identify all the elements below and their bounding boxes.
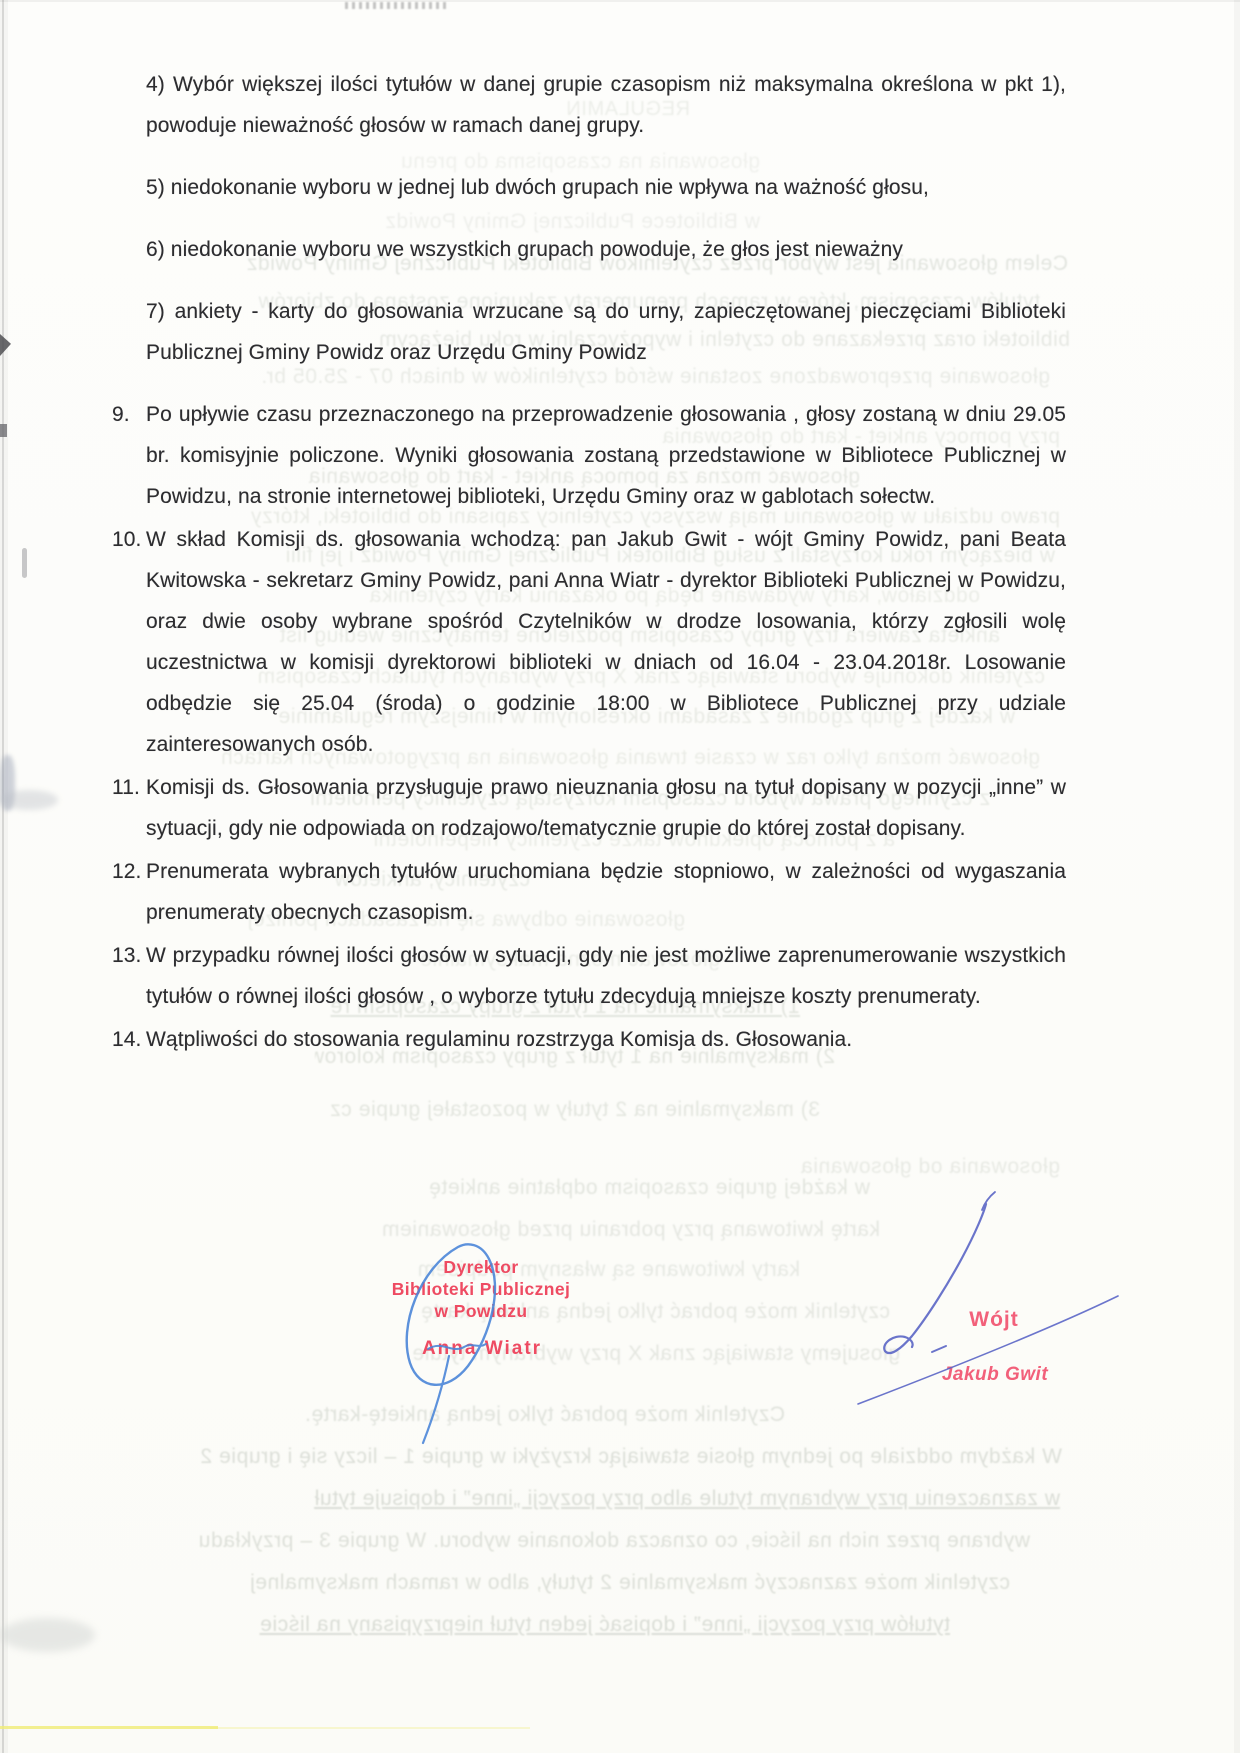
item-text: 6) niedokonanie wyboru we wszystkich gru… — [146, 229, 1066, 270]
item-text: Wątpliwości do stosowania regulaminu roz… — [146, 1019, 1066, 1060]
scan-smudge-bottom — [0, 1618, 95, 1652]
bleedthrough-line: czytelnik może zaznaczyć maksymalnie 2 t… — [170, 1571, 1010, 1595]
scan-yellow-line-fade — [210, 1727, 530, 1729]
mayor-stamp-title: Wójt — [952, 1308, 1036, 1332]
item-marker: 13. — [108, 935, 146, 1017]
bleedthrough-line: W każdym oddziale po jednym głosie stawi… — [112, 1445, 1062, 1469]
regulation-item-5: 5) niedokonanie wyboru w jednej lub dwóc… — [108, 167, 1066, 208]
regulation-item-4: 4) Wybór większej ilości tytułów w danej… — [108, 64, 1066, 146]
bleedthrough-line: głosowania od głosowania — [620, 1155, 1060, 1179]
item-text: W przypadku równej ilości głosów w sytua… — [146, 935, 1066, 1017]
regulation-item-12: 12.Prenumerata wybranych tytułów uruchom… — [108, 851, 1066, 933]
director-stamp-name: Anna Wiatr — [398, 1338, 566, 1360]
item-text: Po upływie czasu przeznaczonego na przep… — [146, 394, 1066, 517]
item-text: Komisji ds. Głosowania przysługuje prawo… — [146, 767, 1066, 849]
regulation-item-14: 14.Wątpliwości do stosowania regulaminu … — [108, 1019, 1066, 1060]
bleedthrough-line: tytułów przy pozycji „inne” i dopisać je… — [250, 1613, 950, 1637]
item-marker: 12. — [108, 851, 146, 933]
bleedthrough-line: głosujemy stawiając znak X przy wybranym… — [280, 1342, 900, 1366]
scan-edge-left-line — [2, 0, 4, 1753]
scan-yellow-line — [0, 1726, 218, 1729]
director-stamp: Dyrektor Biblioteki Publicznej w Powidzu — [383, 1256, 579, 1322]
regulation-item-13: 13.W przypadku równej ilości głosów w sy… — [108, 935, 1066, 1017]
regulation-item-9: 9.Po upływie czasu przeznaczonego na prz… — [108, 394, 1066, 517]
scan-edge-top — [0, 0, 1240, 2]
item-marker: 11. — [108, 767, 146, 849]
scan-mark-notch — [0, 424, 7, 437]
bleedthrough-line: w każdej grupie czasopism odpłatnie anki… — [300, 1176, 870, 1200]
mayor-signature-dash — [932, 1346, 946, 1352]
regulation-item-6: 6) niedokonanie wyboru we wszystkich gru… — [108, 229, 1066, 270]
regulation-item-10: 10.W skład Komisji ds. głosowania wchodz… — [108, 519, 1066, 765]
director-stamp-line: w Powidzu — [383, 1300, 579, 1322]
mayor-stamp-name: Jakub Gwit — [920, 1364, 1070, 1386]
scan-top-dots — [345, 2, 447, 9]
scan-edge-right — [1234, 0, 1240, 1753]
item-text: Prenumerata wybranych tytułów uruchomian… — [146, 851, 1066, 933]
bleedthrough-line: w zaznaczeniu przy wybranym tytule albo … — [140, 1487, 1060, 1511]
director-signature-tail — [423, 1356, 449, 1443]
bleedthrough-line: 3) maksymalnie na 2 tytuły w pozostałej … — [330, 1098, 820, 1122]
item-text: 7) ankiety - karty do głosowania wrzucan… — [146, 291, 1066, 373]
item-text: 4) Wybór większej ilości tytułów w danej… — [146, 64, 1066, 146]
director-stamp-line: Biblioteki Publicznej — [383, 1278, 579, 1300]
item-marker: 10. — [108, 519, 146, 765]
item-text: W skład Komisji ds. głosowania wchodzą: … — [146, 519, 1066, 765]
scan-smudge-gray — [0, 790, 58, 810]
regulation-item-11: 11.Komisji ds. Głosowania przysługuje pr… — [108, 767, 1066, 849]
item-marker: 14. — [108, 1019, 146, 1060]
director-stamp-line: Dyrektor — [383, 1256, 579, 1278]
item-text: 5) niedokonanie wyboru w jednej lub dwóc… — [146, 167, 1066, 208]
bleedthrough-line: kartę kwitowaną przy pobraniu przed głos… — [340, 1218, 880, 1242]
bleedthrough-line: wybrane przez nich na liście, co oznacza… — [130, 1529, 1030, 1553]
item-marker: 9. — [108, 394, 146, 517]
mayor-signature-tip — [982, 1192, 995, 1210]
scan-mark-dash — [22, 548, 27, 578]
scanned-document-page: REGULAMINgłosowania na czasopisma do pre… — [0, 0, 1240, 1753]
document-items: 4) Wybór większej ilości tytułów w danej… — [108, 64, 1066, 1062]
bleedthrough-line: Czytelnik może pobrać tylko jedną ankiet… — [295, 1403, 785, 1427]
regulation-item-7: 7) ankiety - karty do głosowania wrzucan… — [108, 291, 1066, 373]
